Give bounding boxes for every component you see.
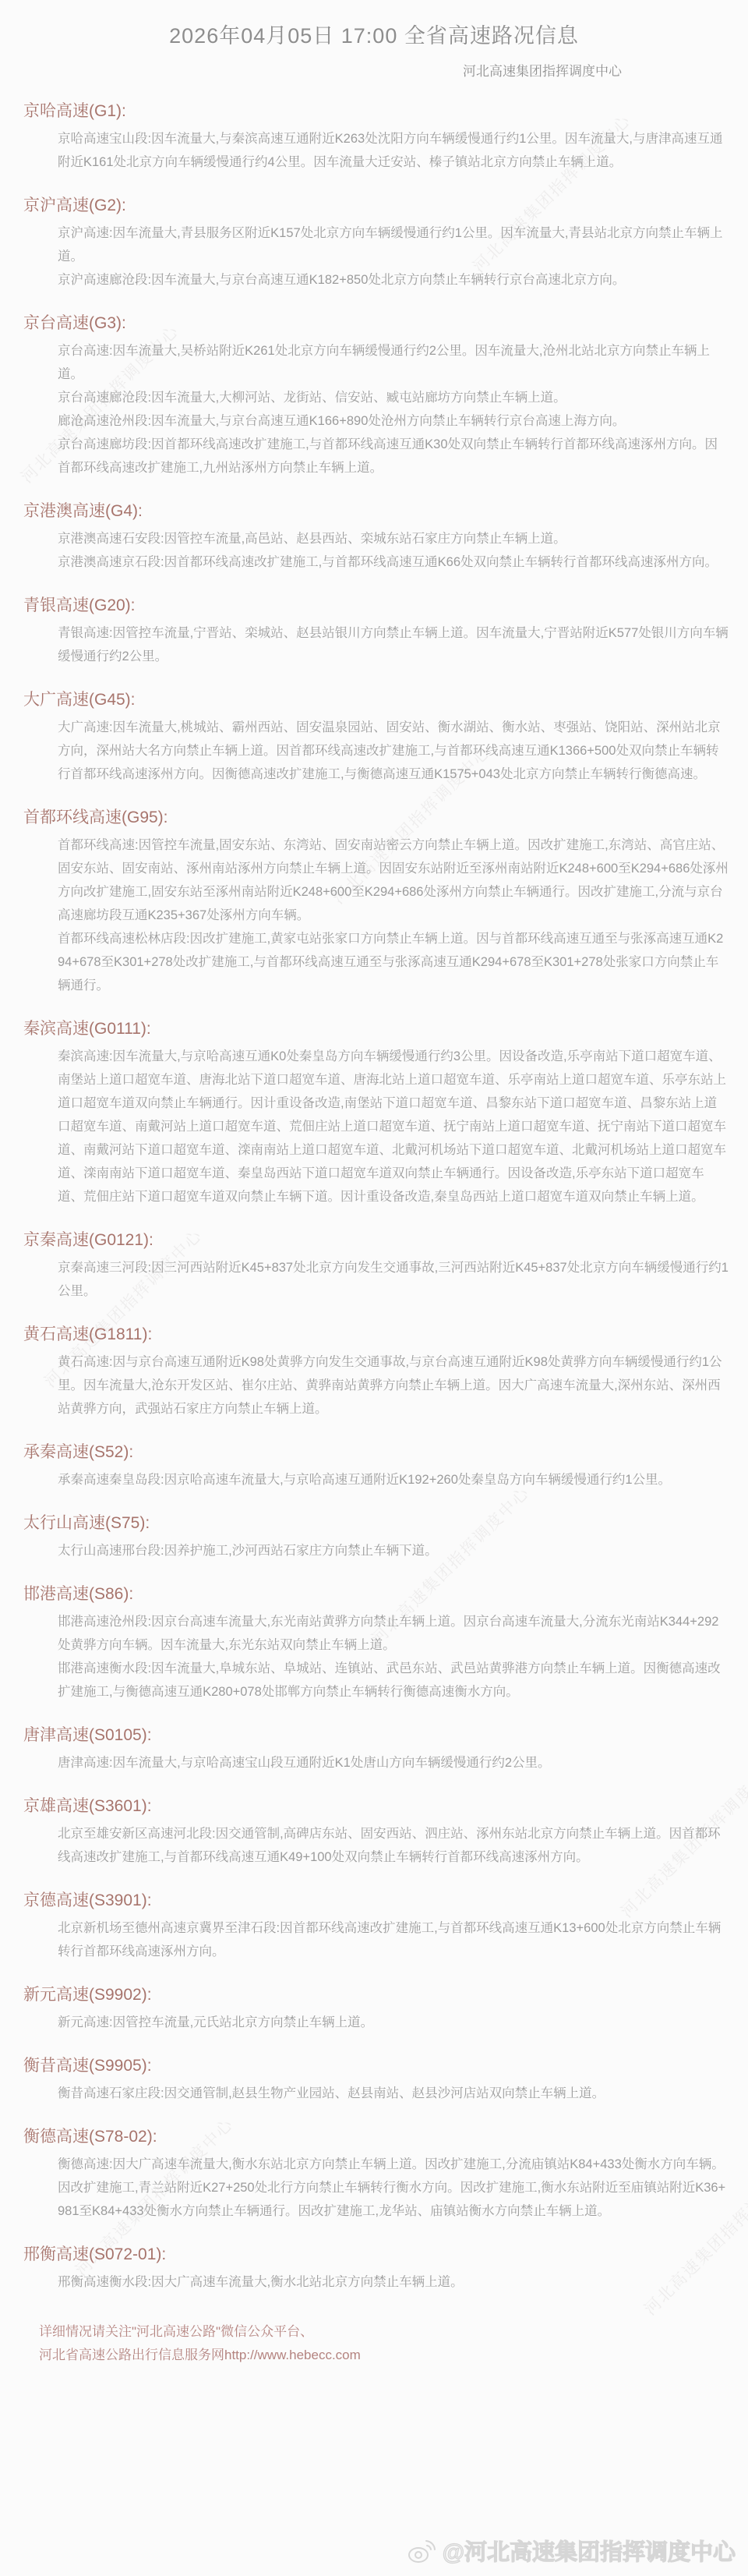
road-section-body: 京沪高速:因车流量大,青县服务区附近K157处北京方向车辆缓慢通行约1公里。因车… bbox=[0, 221, 748, 292]
road-status-paragraph: 京沪高速廊沧段:因车流量大,与京台高速互通K182+850处北京方向禁止车辆转行… bbox=[58, 268, 729, 292]
road-status-paragraph: 邯港高速沧州段:因京台高速车流量大,东光南站黄骅方向禁止车辆上道。因京台高速车流… bbox=[58, 1610, 729, 1657]
road-section-body: 衡德高速:因大广高速车流量大,衡水东站北京方向禁止车辆上道。因改扩建施工,分流庙… bbox=[0, 2153, 748, 2223]
road-status-paragraph: 青银高速:因管控车流量,宁晋站、栾城站、赵县站银川方向禁止车辆上道。因车流量大,… bbox=[58, 621, 729, 668]
road-section: 首都环线高速(G95): 首都环线高速:因管控车流量,固安东站、东湾站、固安南站… bbox=[0, 805, 748, 997]
road-section-heading: 邯港高速(S86): bbox=[23, 1581, 748, 1605]
road-status-paragraph: 京台高速:因车流量大,吴桥站附近K261处北京方向车辆缓慢通行约2公里。因车流量… bbox=[58, 339, 729, 386]
road-section-heading: 京秦高速(G0121): bbox=[23, 1227, 748, 1251]
road-section: 衡德高速(S78-02): 衡德高速:因大广高速车流量大,衡水东站北京方向禁止车… bbox=[0, 2124, 748, 2223]
road-section-body: 北京至雄安新区高速河北段:因交通管制,高碑店东站、固安西站、泗庄站、涿州东站北京… bbox=[0, 1822, 748, 1869]
road-section-body: 京台高速:因车流量大,吴桥站附近K261处北京方向车辆缓慢通行约2公里。因车流量… bbox=[0, 339, 748, 479]
weibo-logo-icon bbox=[408, 2538, 437, 2564]
road-status-paragraph: 京台高速廊坊段:因首都环线高速改扩建施工,与首都环线高速互通K30处双向禁止车辆… bbox=[58, 433, 729, 479]
road-section-heading: 衡昔高速(S9905): bbox=[23, 2053, 748, 2076]
road-section: 京港澳高速(G4): 京港澳高速石安段:因管控车流量,高邑站、赵县西站、栾城东站… bbox=[0, 498, 748, 574]
road-section-heading: 京哈高速(G1): bbox=[23, 98, 748, 122]
weibo-watermark: @河北高速集团指挥调度中心 bbox=[408, 2535, 736, 2567]
road-section-body: 京秦高速三河段:因三河西站附近K45+837处北京方向发生交通事故,三河西站附近… bbox=[0, 1256, 748, 1303]
road-section-body: 北京新机场至德州高速京冀界至津石段:因首都环线高速改扩建施工,与首都环线高速互通… bbox=[0, 1916, 748, 1963]
road-section: 衡昔高速(S9905): 衡昔高速石家庄段:因交通管制,赵县生物产业园站、赵县南… bbox=[0, 2053, 748, 2105]
road-section-heading: 大广高速(G45): bbox=[23, 687, 748, 710]
road-section: 秦滨高速(G0111): 秦滨高速:因车流量大,与京哈高速互通K0处秦皇岛方向车… bbox=[0, 1016, 748, 1208]
weibo-watermark-text: @河北高速集团指挥调度中心 bbox=[443, 2535, 736, 2567]
road-section: 新元高速(S9902): 新元高速:因管控车流量,元氏站北京方向禁止车辆上道。 bbox=[0, 1982, 748, 2034]
traffic-report-page: 河北高速集团指挥调度中心 河北高速集团指挥调度中心 河北高速集团指挥调度中心 河… bbox=[0, 0, 748, 2576]
road-section-heading: 太行山高速(S75): bbox=[23, 1510, 748, 1534]
road-status-paragraph: 京台高速廊沧段:因车流量大,大柳河站、龙街站、信安站、臧屯站廊坊方向禁止车辆上道… bbox=[58, 386, 729, 409]
page-title: 2026年04月05日 17:00 全省高速路况信息 bbox=[0, 0, 748, 49]
road-section-body: 唐津高速:因车流量大,与京哈高速宝山段互通附近K1处唐山方向车辆缓慢通行约2公里… bbox=[0, 1751, 748, 1775]
road-section-body: 黄石高速:因与京台高速互通附近K98处黄骅方向发生交通事故,与京台高速互通附近K… bbox=[0, 1350, 748, 1421]
road-section-heading: 京台高速(G3): bbox=[23, 310, 748, 334]
road-section-heading: 京雄高速(S3601): bbox=[23, 1793, 748, 1817]
road-section-body: 首都环线高速:因管控车流量,固安东站、东湾站、固安南站密云方向禁止车辆上道。因改… bbox=[0, 833, 748, 997]
road-status-paragraph: 京港澳高速京石段:因首都环线高速改扩建施工,与首都环线高速互通K66处双向禁止车… bbox=[58, 550, 729, 574]
road-section-heading: 京德高速(S3901): bbox=[23, 1888, 748, 1911]
road-status-paragraph: 衡昔高速石家庄段:因交通管制,赵县生物产业园站、赵县南站、赵县沙河店站双向禁止车… bbox=[58, 2082, 729, 2105]
road-section: 邢衡高速(S072-01): 邢衡高速衡水段:因大广高速车流量大,衡水北站北京方… bbox=[0, 2242, 748, 2294]
road-section: 京哈高速(G1): 京哈高速宝山段:因车流量大,与秦滨高速互通附近K263处沈阳… bbox=[0, 98, 748, 174]
road-status-paragraph: 北京至雄安新区高速河北段:因交通管制,高碑店东站、固安西站、泗庄站、涿州东站北京… bbox=[58, 1822, 729, 1869]
road-section: 京沪高速(G2): 京沪高速:因车流量大,青县服务区附近K157处北京方向车辆缓… bbox=[0, 193, 748, 292]
road-status-paragraph: 黄石高速:因与京台高速互通附近K98处黄骅方向发生交通事故,与京台高速互通附近K… bbox=[58, 1350, 729, 1421]
road-section-body: 京港澳高速石安段:因管控车流量,高邑站、赵县西站、栾城东站石家庄方向禁止车辆上道… bbox=[0, 527, 748, 574]
road-section-heading: 青银高速(G20): bbox=[23, 593, 748, 616]
road-section-heading: 黄石高速(G1811): bbox=[23, 1322, 748, 1345]
road-section-heading: 京沪高速(G2): bbox=[23, 193, 748, 216]
road-status-paragraph: 秦滨高速:因车流量大,与京哈高速互通K0处秦皇岛方向车辆缓慢通行约3公里。因设备… bbox=[58, 1045, 729, 1208]
road-section-heading: 首都环线高速(G95): bbox=[23, 805, 748, 828]
road-section-heading: 承秦高速(S52): bbox=[23, 1439, 748, 1463]
road-status-paragraph: 承秦高速秦皇岛段:因京哈高速车流量大,与京哈高速互通附近K192+260处秦皇岛… bbox=[58, 1468, 729, 1491]
road-section-body: 秦滨高速:因车流量大,与京哈高速互通K0处秦皇岛方向车辆缓慢通行约3公里。因设备… bbox=[0, 1045, 748, 1208]
road-status-paragraph: 新元高速:因管控车流量,元氏站北京方向禁止车辆上道。 bbox=[58, 2011, 729, 2034]
road-section: 承秦高速(S52): 承秦高速秦皇岛段:因京哈高速车流量大,与京哈高速互通附近K… bbox=[0, 1439, 748, 1491]
road-section-body: 衡昔高速石家庄段:因交通管制,赵县生物产业园站、赵县南站、赵县沙河店站双向禁止车… bbox=[0, 2082, 748, 2105]
road-status-paragraph: 衡德高速:因大广高速车流量大,衡水东站北京方向禁止车辆上道。因改扩建施工,分流庙… bbox=[58, 2153, 729, 2223]
road-section-heading: 衡德高速(S78-02): bbox=[23, 2124, 748, 2147]
road-section-heading: 秦滨高速(G0111): bbox=[23, 1016, 748, 1039]
road-section-body: 邯港高速沧州段:因京台高速车流量大,东光南站黄骅方向禁止车辆上道。因京台高速车流… bbox=[0, 1610, 748, 1704]
road-status-paragraph: 邢衡高速衡水段:因大广高速车流量大,衡水北站北京方向禁止车辆上道。 bbox=[58, 2270, 729, 2294]
road-status-paragraph: 大广高速:因车流量大,桃城站、霸州西站、固安温泉园站、固安站、衡水湖站、衡水站、… bbox=[58, 716, 729, 786]
road-section: 太行山高速(S75): 太行山高速邢台段:因养护施工,沙河西站石家庄方向禁止车辆… bbox=[0, 1510, 748, 1562]
road-status-paragraph: 京秦高速三河段:因三河西站附近K45+837处北京方向发生交通事故,三河西站附近… bbox=[58, 1256, 729, 1303]
road-section: 京德高速(S3901): 北京新机场至德州高速京冀界至津石段:因首都环线高速改扩… bbox=[0, 1888, 748, 1963]
road-status-paragraph: 首都环线高速:因管控车流量,固安东站、东湾站、固安南站密云方向禁止车辆上道。因改… bbox=[58, 833, 729, 927]
road-section-body: 邢衡高速衡水段:因大广高速车流量大,衡水北站北京方向禁止车辆上道。 bbox=[0, 2270, 748, 2294]
road-status-paragraph: 京沪高速:因车流量大,青县服务区附近K157处北京方向车辆缓慢通行约1公里。因车… bbox=[58, 221, 729, 268]
road-section-body: 青银高速:因管控车流量,宁晋站、栾城站、赵县站银川方向禁止车辆上道。因车流量大,… bbox=[0, 621, 748, 668]
road-status-paragraph: 京港澳高速石安段:因管控车流量,高邑站、赵县西站、栾城东站石家庄方向禁止车辆上道… bbox=[58, 527, 729, 550]
road-status-paragraph: 首都环线高速松林店段:因改扩建施工,黄家屯站张家口方向禁止车辆上道。因与首都环线… bbox=[58, 927, 729, 997]
footer-wechat-note: 详细情况请关注"河北高速公路"微信公众平台、 bbox=[39, 2320, 748, 2344]
road-status-paragraph: 北京新机场至德州高速京冀界至津石段:因首都环线高速改扩建施工,与首都环线高速互通… bbox=[58, 1916, 729, 1963]
road-section: 青银高速(G20): 青银高速:因管控车流量,宁晋站、栾城站、赵县站银川方向禁止… bbox=[0, 593, 748, 668]
road-status-paragraph: 廊沧高速沧州段:因车流量大,与京台高速互通K166+890处沧州方向禁止车辆转行… bbox=[58, 409, 729, 433]
sections-container: 京哈高速(G1): 京哈高速宝山段:因车流量大,与秦滨高速互通附近K263处沈阳… bbox=[0, 98, 748, 2294]
road-status-paragraph: 太行山高速邢台段:因养护施工,沙河西站石家庄方向禁止车辆下道。 bbox=[58, 1539, 729, 1562]
issuing-org: 河北高速集团指挥调度中心 bbox=[0, 60, 622, 80]
footer-website-note: 河北省高速公路出行信息服务网http://www.hebecc.com bbox=[39, 2344, 748, 2367]
road-section: 黄石高速(G1811): 黄石高速:因与京台高速互通附近K98处黄骅方向发生交通… bbox=[0, 1322, 748, 1421]
road-status-paragraph: 唐津高速:因车流量大,与京哈高速宝山段互通附近K1处唐山方向车辆缓慢通行约2公里… bbox=[58, 1751, 729, 1775]
road-section-heading: 新元高速(S9902): bbox=[23, 1982, 748, 2005]
road-section-body: 新元高速:因管控车流量,元氏站北京方向禁止车辆上道。 bbox=[0, 2011, 748, 2034]
road-section: 京秦高速(G0121): 京秦高速三河段:因三河西站附近K45+837处北京方向… bbox=[0, 1227, 748, 1303]
road-section-heading: 京港澳高速(G4): bbox=[23, 498, 748, 522]
road-status-paragraph: 京哈高速宝山段:因车流量大,与秦滨高速互通附近K263处沈阳方向车辆缓慢通行约1… bbox=[58, 127, 729, 174]
road-section-body: 大广高速:因车流量大,桃城站、霸州西站、固安温泉园站、固安站、衡水湖站、衡水站、… bbox=[0, 716, 748, 786]
road-section: 唐津高速(S0105): 唐津高速:因车流量大,与京哈高速宝山段互通附近K1处唐… bbox=[0, 1722, 748, 1775]
road-section-heading: 邢衡高速(S072-01): bbox=[23, 2242, 748, 2265]
road-section-body: 太行山高速邢台段:因养护施工,沙河西站石家庄方向禁止车辆下道。 bbox=[0, 1539, 748, 1562]
road-section: 大广高速(G45): 大广高速:因车流量大,桃城站、霸州西站、固安温泉园站、固安… bbox=[0, 687, 748, 786]
footer: 详细情况请关注"河北高速公路"微信公众平台、 河北省高速公路出行信息服务网htt… bbox=[39, 2320, 748, 2367]
road-section-body: 京哈高速宝山段:因车流量大,与秦滨高速互通附近K263处沈阳方向车辆缓慢通行约1… bbox=[0, 127, 748, 174]
road-section: 邯港高速(S86): 邯港高速沧州段:因京台高速车流量大,东光南站黄骅方向禁止车… bbox=[0, 1581, 748, 1704]
road-section-heading: 唐津高速(S0105): bbox=[23, 1722, 748, 1746]
road-section: 京台高速(G3): 京台高速:因车流量大,吴桥站附近K261处北京方向车辆缓慢通… bbox=[0, 310, 748, 479]
road-section: 京雄高速(S3601): 北京至雄安新区高速河北段:因交通管制,高碑店东站、固安… bbox=[0, 1793, 748, 1869]
road-section-body: 承秦高速秦皇岛段:因京哈高速车流量大,与京哈高速互通附近K192+260处秦皇岛… bbox=[0, 1468, 748, 1491]
road-status-paragraph: 邯港高速衡水段:因车流量大,阜城东站、阜城站、连镇站、武邑东站、武邑站黄骅港方向… bbox=[58, 1657, 729, 1704]
report-content: 2026年04月05日 17:00 全省高速路况信息 河北高速集团指挥调度中心 … bbox=[0, 0, 748, 2367]
